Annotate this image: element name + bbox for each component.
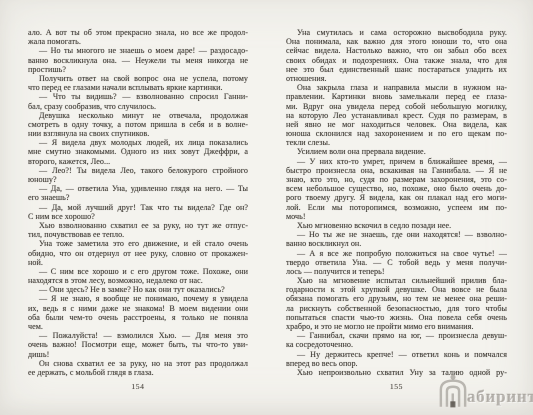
text-line: Она закрыла глаза и направила мысли в ну… — [286, 83, 507, 92]
text-line: нее это был единственный шанс постаратьс… — [286, 65, 507, 74]
text-line: Хью непроизвольно схватил Уну за талию о… — [286, 368, 507, 377]
text-line: смотреть в одну точку, а потом пришла в … — [28, 120, 248, 129]
text-line: нии взглянула на своих спутников. — [28, 129, 248, 138]
text-line: знаю, кто это, но, судя по размерам захо… — [286, 175, 507, 184]
text-line: — Ганнибал, скачи прямо на юг, — произне… — [286, 331, 507, 340]
labirint-maze-icon — [437, 374, 469, 408]
page-number-right: 155 — [286, 382, 507, 391]
text-line: ми. Вдруг она увидела перед собой неболь… — [286, 102, 507, 111]
text-line: Хью взволнованно схватил ее за руку, но … — [28, 221, 248, 230]
text-line: — Что ты видишь? — взволнованно спросил … — [28, 92, 248, 101]
text-line: — Да, мой лучший друг! Так что ты видела… — [28, 203, 248, 212]
text-line: правлении. Картинки вновь замелькали пер… — [286, 92, 507, 101]
text-line: находятся в этом лесу, возможно, недалек… — [28, 276, 248, 285]
text-line: ало. А вот ты об этом прекрасно знала, н… — [28, 28, 248, 37]
page-right-text-column: Уна смутилась и сама осторожно высвободи… — [286, 28, 507, 377]
text-line: обязана помогать его друзьям, но тем не … — [286, 294, 507, 303]
text-line: — Ну держитесь крепче! — ответил конь и … — [286, 350, 507, 359]
text-line: — С ним все хорошо и с его другом тоже. … — [28, 267, 248, 276]
text-line: мне смутно знакомыми. Одного из них зову… — [28, 147, 248, 156]
text-line: что перед ее глазами начали всплывать яр… — [28, 83, 248, 92]
text-line: ванно воскликнул он. — [286, 239, 507, 248]
text-line: второго, кажется, Лео... — [28, 157, 248, 166]
text-line: их, ведь я с ними даже не знакома! В мое… — [28, 304, 248, 313]
text-line: Хью мгновенно вскочил в седло позади нее… — [286, 221, 507, 230]
text-line: тил, почувствовав ее тепло. — [28, 230, 248, 239]
text-line: — Я видела двух молодых людей, их лица п… — [28, 138, 248, 147]
text-line: очень важно! Посмотри еще, может быть, т… — [28, 340, 248, 349]
text-line: юноша склонился над захоронением и по ег… — [286, 129, 507, 138]
text-line: вперед во весь опор. — [286, 359, 507, 368]
text-line: бал, сразу сообразив, что случилось. — [28, 102, 248, 111]
text-line: чем. — [28, 322, 248, 331]
text-line: Он снова схватил ее за руку, но на этот … — [28, 359, 248, 368]
text-line: попытаться спасти чью-то жизнь. Она пове… — [286, 313, 507, 322]
text-line: отношения. — [286, 74, 507, 83]
text-line: годарности к этой хрупкой девушке. Она в… — [286, 285, 507, 294]
text-line: рого твоему другу. Я видела, как он плак… — [286, 193, 507, 202]
page-left-text-column: ало. А вот ты об этом прекрасно знала, н… — [28, 28, 248, 377]
text-line: своих обидах и подозрениях. Она также зн… — [286, 56, 507, 65]
labirint-watermark: абиринт — [437, 374, 533, 408]
text-line: Уна смутилась и сама осторожно высвободи… — [286, 28, 507, 37]
text-line: лось — получится и теперь! — [286, 267, 507, 276]
text-line: сейчас видела. Настолько важно, что он з… — [286, 46, 507, 55]
text-line: ной. — [28, 258, 248, 267]
text-line: ла рискнуть собственной безопасностью, д… — [286, 304, 507, 313]
text-line: ней явно не мог находиться человек. Она … — [286, 120, 507, 129]
text-line: — Да, — ответила Уна, удивленно глядя на… — [28, 184, 248, 193]
text-line: на которую Лео устанавливал крест. Судя … — [286, 111, 507, 120]
text-line: лой. Если мы поторопимся, возможно, успе… — [286, 203, 507, 212]
text-line: Уна тоже заметила это его движение, и ей… — [28, 239, 248, 248]
text-line: — Пожалуйста! — взмолился Хью. — Для мен… — [28, 331, 248, 340]
text-line: — Лео?! Ты видела Лео, такого белокурого… — [28, 166, 248, 175]
text-line: быстро произнесла она, вскакивая на Ганн… — [286, 166, 507, 175]
text-line: его знаешь? — [28, 193, 248, 202]
text-line: всем небольшое существо, но, похоже, оно… — [286, 184, 507, 193]
text-line: ванно воскликнула она. — Неужели ты меня… — [28, 56, 248, 65]
text-line: оба были чем-то очень расстроены, я толь… — [28, 313, 248, 322]
watermark-brand-text: абиринт — [467, 388, 533, 408]
text-line: С ним все хорошо? — [28, 212, 248, 221]
text-line: Усилием воли она прервала видение. — [286, 147, 507, 156]
text-line: — Но ты же не знаешь, где они находятся!… — [286, 230, 507, 239]
text-line: — Но ты многого не знаешь о моем даре! —… — [28, 46, 248, 55]
text-line: Хью на мгновение испытал сильнейший прил… — [286, 276, 507, 285]
text-line: ее держать, с мольбой глядя в глаза. — [28, 368, 248, 377]
text-line: — Я не знаю, я вообще не понимаю, почему… — [28, 294, 248, 303]
text-line: юношу? — [28, 175, 248, 184]
text-line: Она понимала, как важно для этого юноши … — [286, 37, 507, 46]
text-line: Получить ответ на свой вопрос она не усп… — [28, 74, 248, 83]
text-line: — Они здесь? Не в замке? Но как они тут … — [28, 285, 248, 294]
page-number-left: 154 — [28, 382, 248, 391]
text-line: твердо ответила Уна. — С тобой ведь у ме… — [286, 258, 507, 267]
text-line: жала помогать. — [28, 37, 248, 46]
text-line: Девушка несколько минут не отвечала, про… — [28, 111, 248, 120]
text-line: храбро, и это не могло не пройти мимо ег… — [286, 322, 507, 331]
book-scan-spread: ало. А вот ты об этом прекрасно знала, н… — [0, 0, 533, 415]
text-line: простишь? — [28, 65, 248, 74]
text-line: мочь! — [286, 212, 507, 221]
text-line: ка сосредоточенно. — [286, 340, 507, 349]
text-line: — А я все же попробую положиться на свое… — [286, 249, 507, 258]
text-line: — У них кто-то умрет, причем в ближайшее… — [286, 157, 507, 166]
text-line: текли слезы. — [286, 138, 507, 147]
text-line: обидно, что он отдернул от нее руку, сло… — [28, 249, 248, 258]
text-line: дишь! — [28, 350, 248, 359]
